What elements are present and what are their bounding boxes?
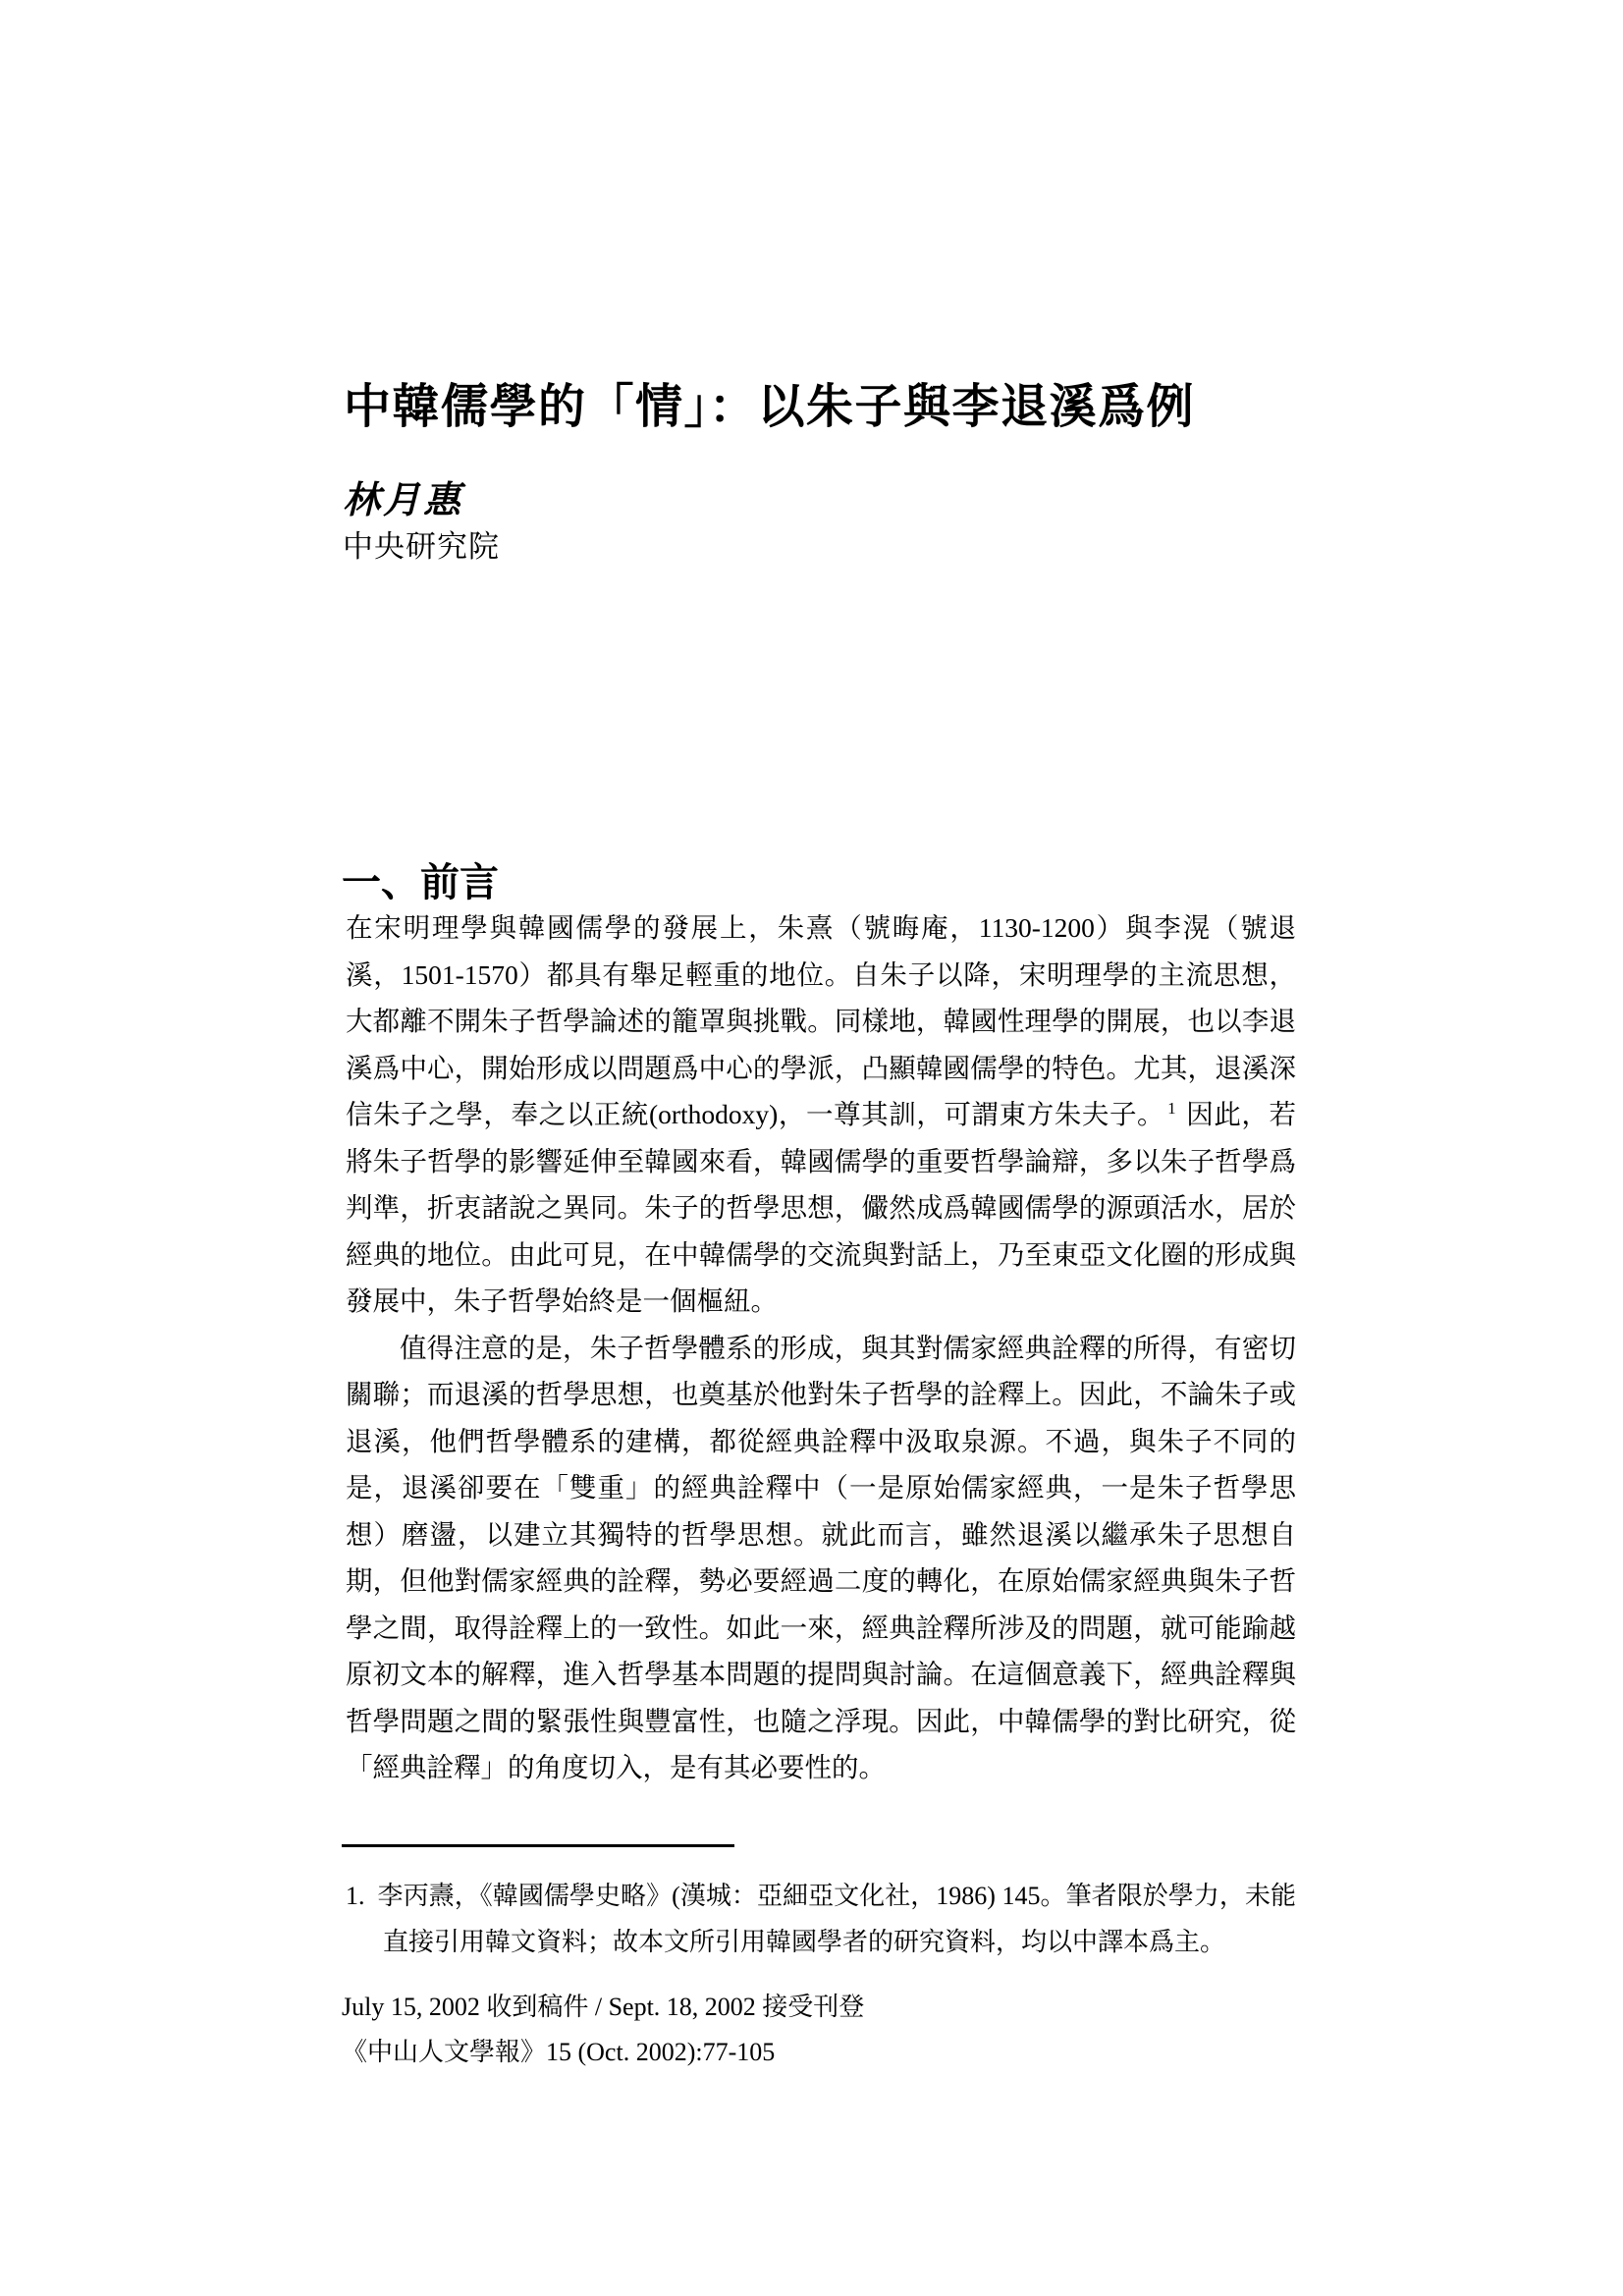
- footer-journal-citation: 《中山人文學報》15 (Oct. 2002):77-105: [342, 2030, 1292, 2075]
- footnote-text: 李丙燾，《韓國儒學史略》(漢城：亞細亞文化社，1986) 145。筆者限於學力，…: [378, 1882, 1297, 1956]
- paper-page: 中韓儒學的「情」：以朱子與李退溪爲例 林月惠 中央研究院 一、前言 在宋明理學與…: [0, 0, 1623, 2296]
- body-text: 在宋明理學與韓國儒學的發展上，朱熹（號晦庵，1130-1200）與李滉（號退溪，…: [346, 904, 1296, 1791]
- paragraph-1: 在宋明理學與韓國儒學的發展上，朱熹（號晦庵，1130-1200）與李滉（號退溪，…: [346, 904, 1296, 1325]
- author-name: 林月惠: [343, 469, 463, 523]
- paper-title: 中韓儒學的「情」：以朱子與李退溪爲例: [344, 379, 1424, 436]
- footnote-separator-rule: [342, 1844, 734, 1847]
- footnote-number: 1.: [346, 1882, 365, 1910]
- author-affiliation: 中央研究院: [343, 521, 500, 566]
- paragraph-2: 值得注意的是，朱子哲學體系的形成，與其對儒家經典詮釋的所得，有密切關聯；而退溪的…: [346, 1325, 1296, 1791]
- footer-submission-dates: July 15, 2002 收到稿件 / Sept. 18, 2002 接受刊登: [342, 1985, 1292, 2030]
- footnote-section: 1.李丙燾，《韓國儒學史略》(漢城：亞細亞文化社，1986) 145。筆者限於學…: [346, 1873, 1296, 1965]
- paragraph-1-text-before-note: 在宋明理學與韓國儒學的發展上，朱熹（號晦庵，1130-1200）與李滉（號退溪，…: [346, 912, 1296, 1129]
- paragraph-1-text-after-note: 因此，若將朱子哲學的影響延伸至韓國來看，韓國儒學的重要哲學論辯，多以朱子哲學爲判…: [346, 1099, 1296, 1316]
- page-footer: July 15, 2002 收到稿件 / Sept. 18, 2002 接受刊登…: [342, 1985, 1292, 2075]
- footnote-reference-marker: 1: [1167, 1099, 1176, 1118]
- section-heading: 一、前言: [342, 859, 499, 906]
- footnote-item: 1.李丙燾，《韓國儒學史略》(漢城：亞細亞文化社，1986) 145。筆者限於學…: [346, 1873, 1296, 1965]
